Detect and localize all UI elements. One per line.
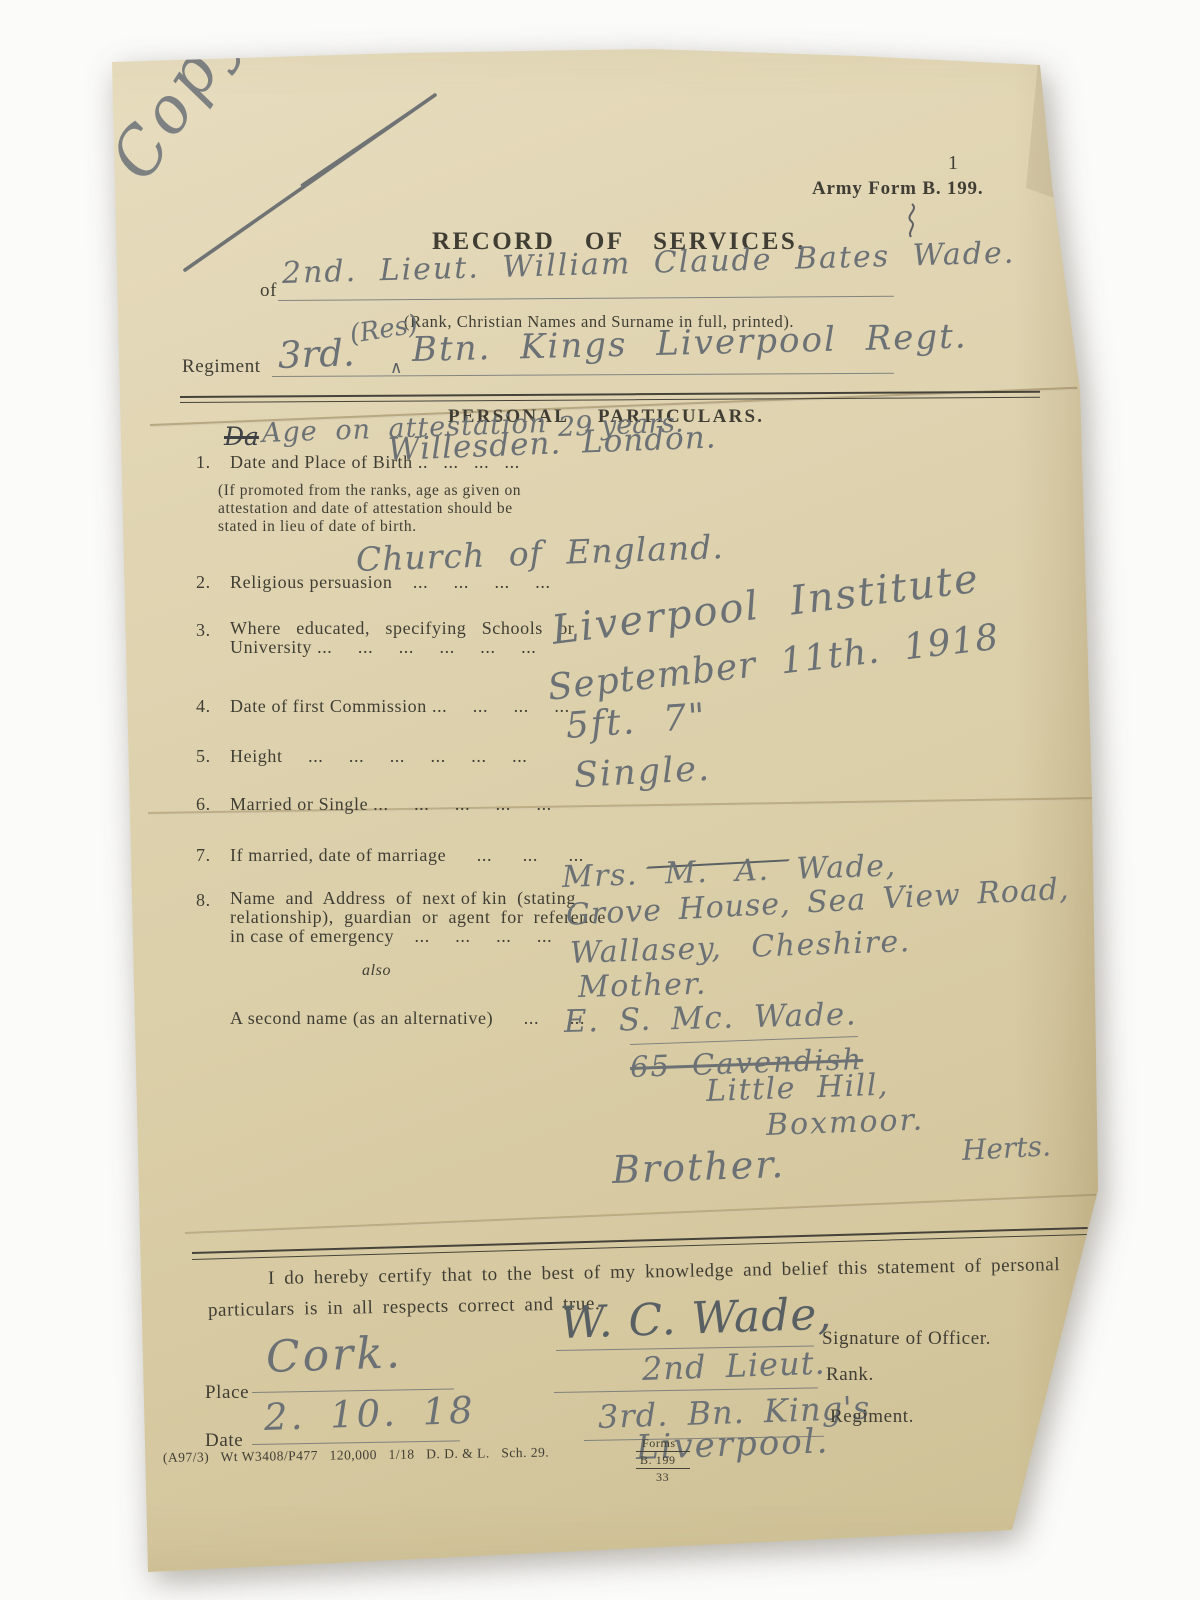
paper-sheet: Copy 1 Army Form B. 199. RECORD OF SERVI… [0,0,1200,1600]
scanned-document-page: { "annotations": { "copy": "Copy" }, "he… [0,0,1200,1600]
paper-shadow-wrapper: Copy 1 Army Form B. 199. RECORD OF SERVI… [0,0,1200,1600]
paper-vignette [0,0,1200,1600]
